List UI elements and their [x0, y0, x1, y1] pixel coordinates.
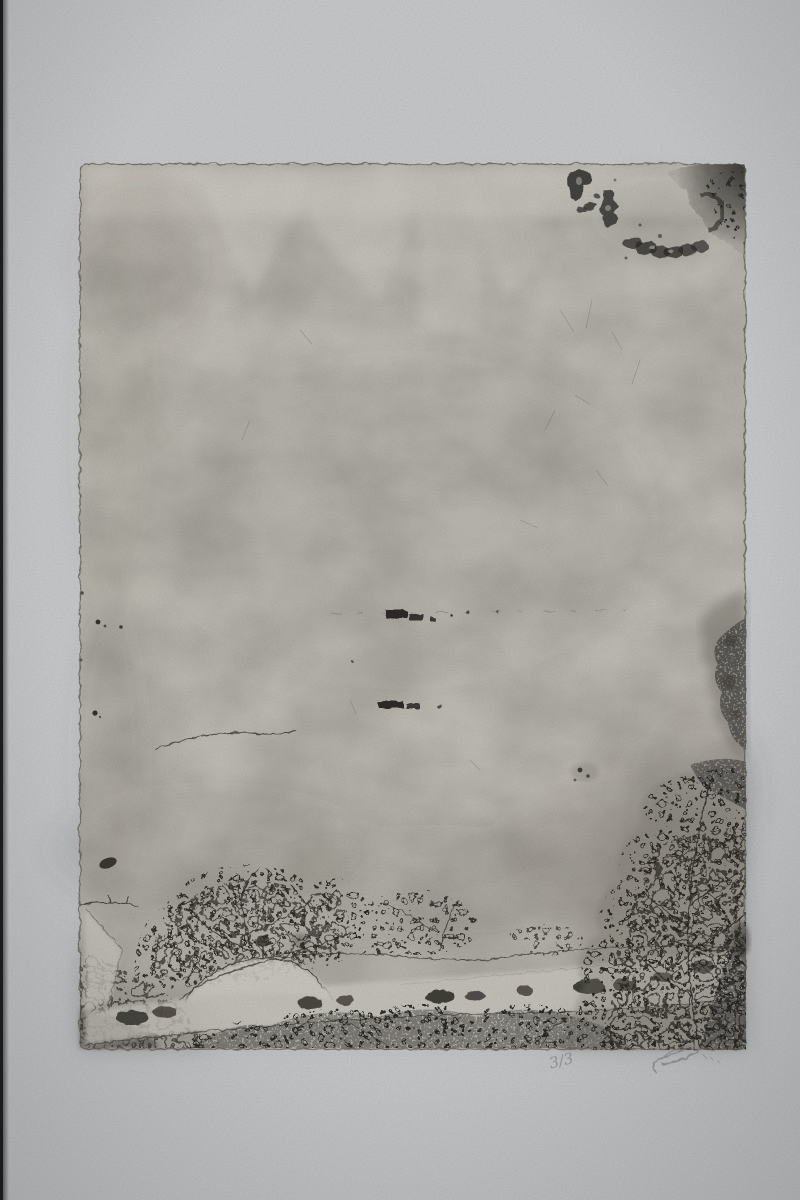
etching-scene: 3/3: [0, 0, 800, 1200]
photo-vignette: [0, 0, 800, 1200]
photo-left-edge: [0, 0, 9, 1200]
photograph-of-etching: 3/3: [0, 0, 800, 1200]
